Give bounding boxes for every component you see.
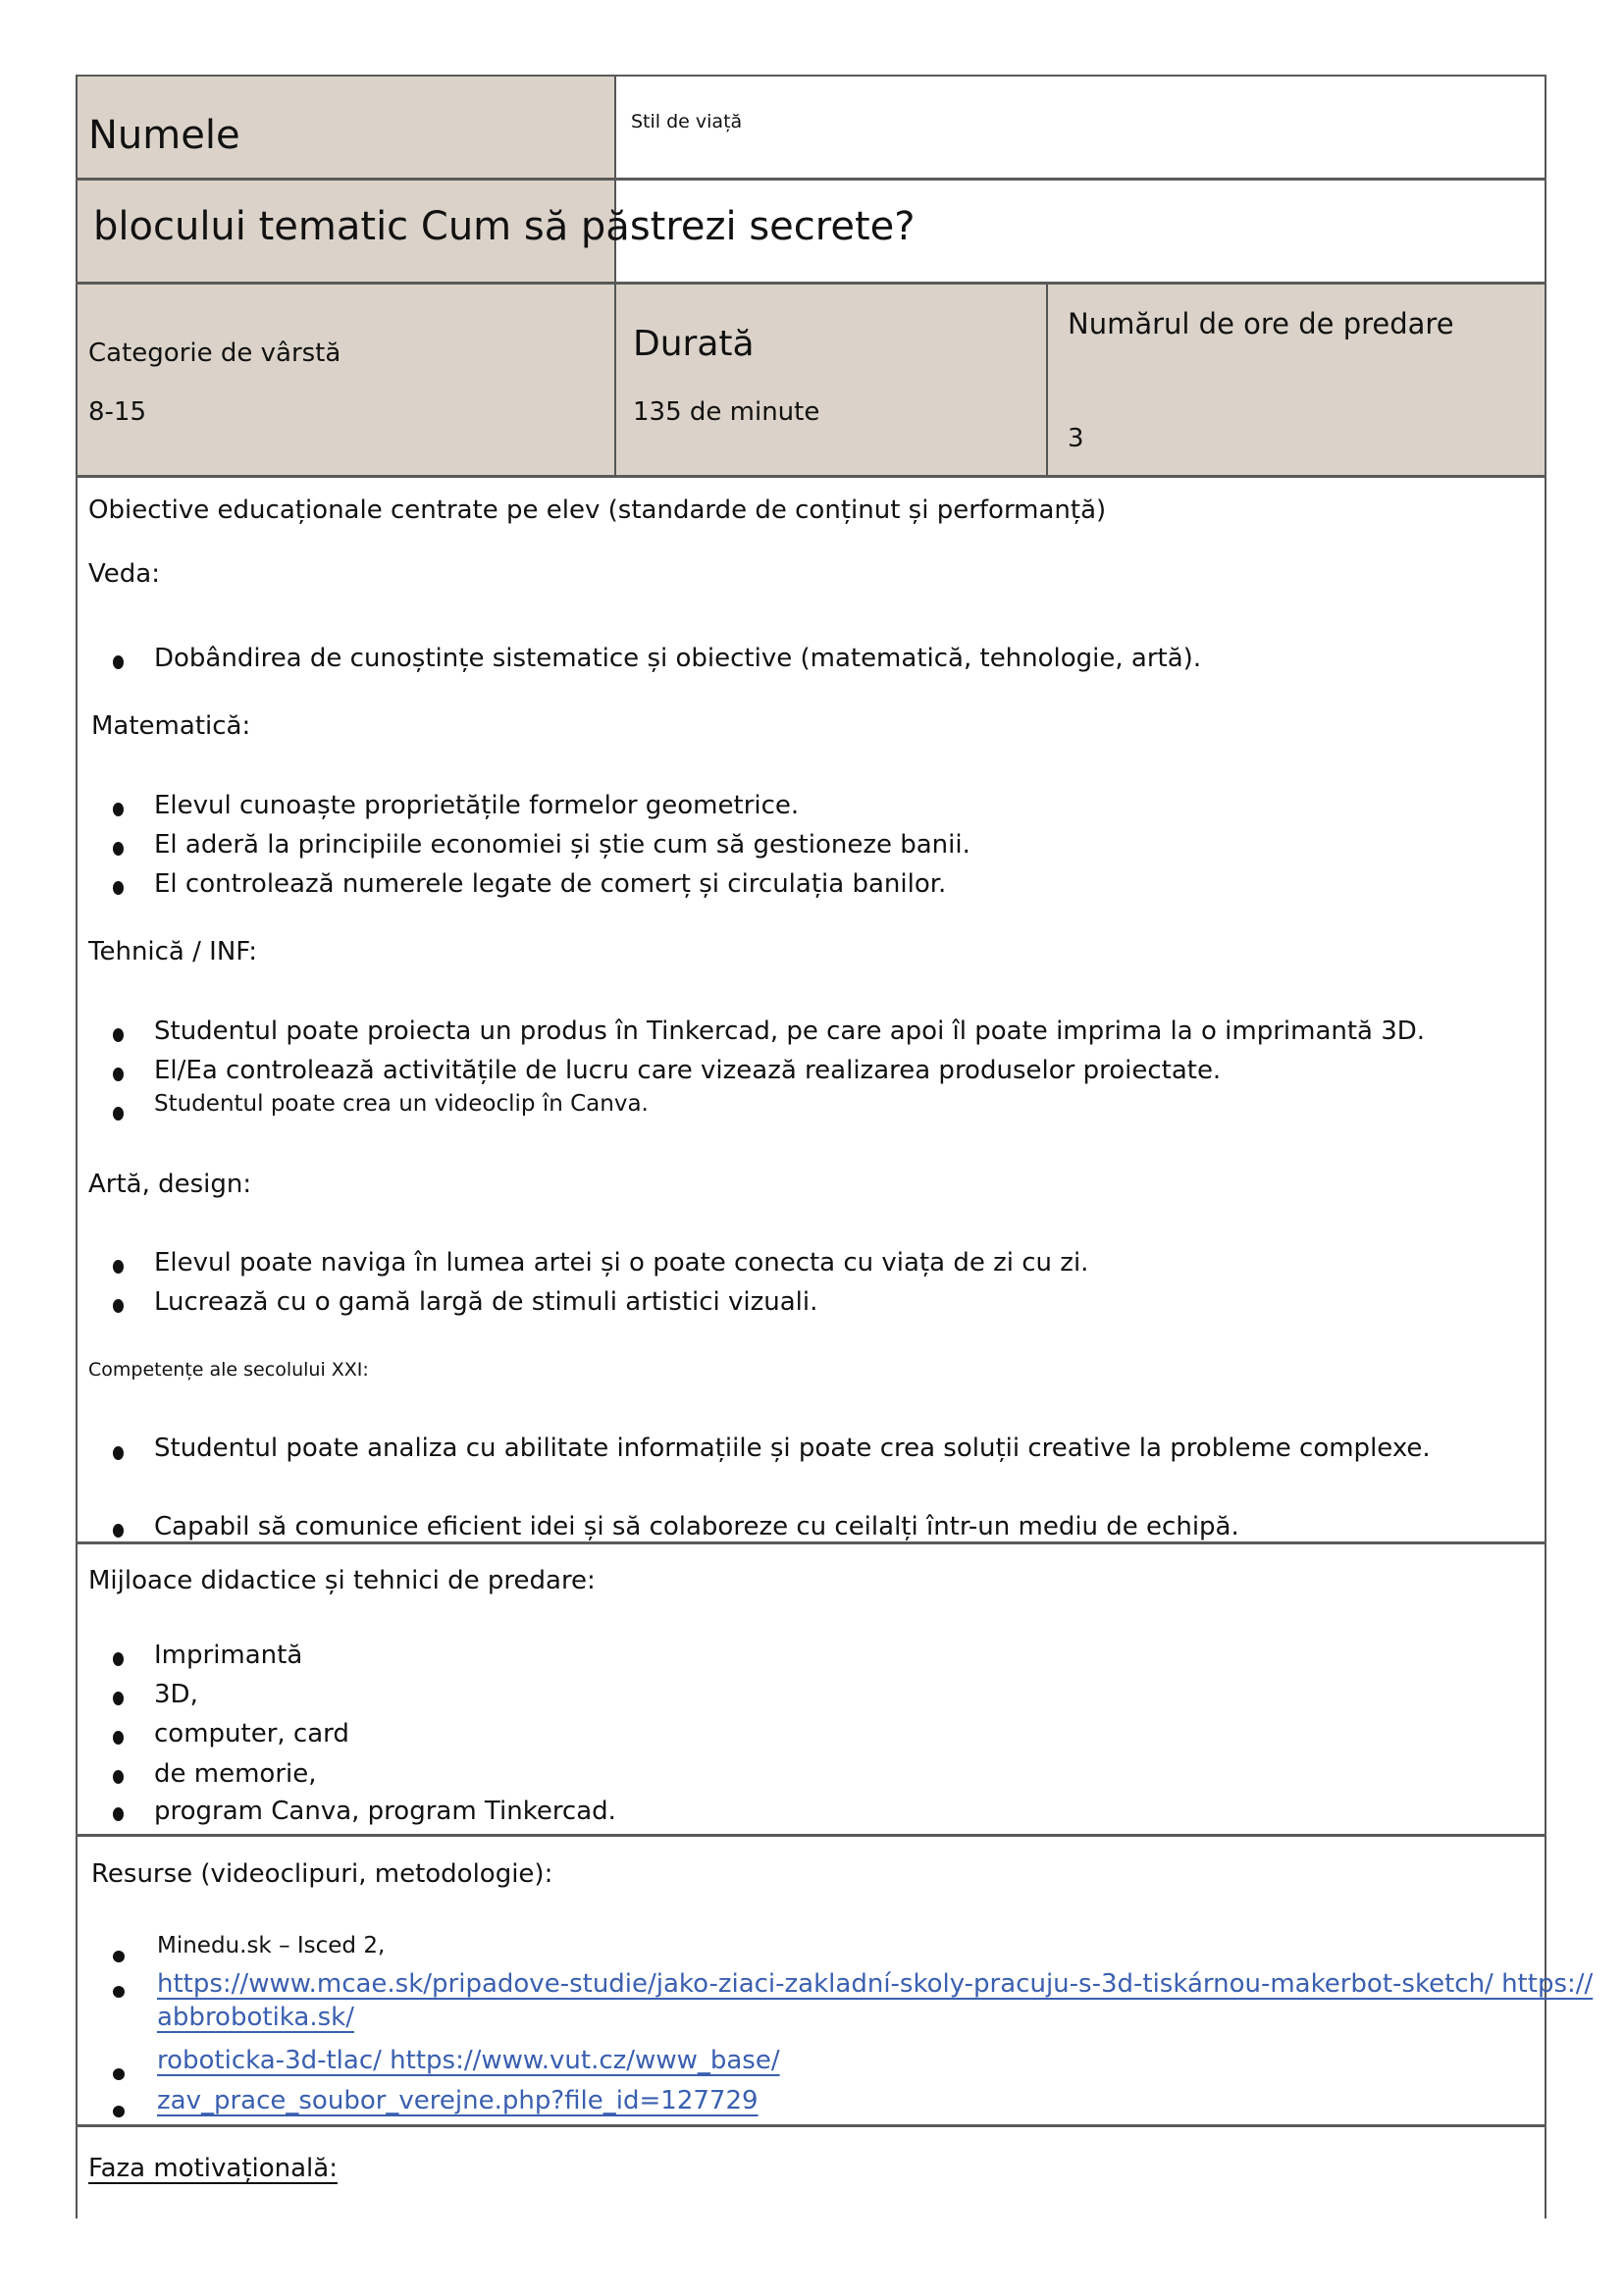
row-divider xyxy=(76,282,1546,285)
bullet-icon xyxy=(113,2068,125,2080)
duration-label: Durată xyxy=(633,324,755,364)
bullet-icon xyxy=(113,1260,124,1274)
row-divider xyxy=(76,475,1546,478)
name-label-line2: blocului tematic Cum să păstrezi secrete… xyxy=(93,204,915,249)
list-item: computer, card xyxy=(154,1719,349,1748)
list-item: Studentul poate proiecta un produs în Ti… xyxy=(154,1017,1425,1046)
list-item: Elevul poate naviga în lumea artei și o … xyxy=(154,1248,1088,1278)
table-border-left xyxy=(76,76,78,2218)
bullet-icon xyxy=(113,655,124,669)
list-item: Elevul cunoaște proprietățile formelor g… xyxy=(154,791,799,820)
resource-item: Minedu.sk – Isced 2, xyxy=(157,1933,385,1958)
age-label: Categorie de vârstă xyxy=(88,339,341,368)
list-item: 3D, xyxy=(154,1680,198,1709)
bullet-icon xyxy=(113,1692,124,1705)
bullet-icon xyxy=(113,1986,125,1998)
duration-value: 135 de minute xyxy=(633,397,819,427)
row-divider xyxy=(76,1834,1546,1837)
section-heading-math: Matematică: xyxy=(91,711,250,741)
list-item: Studentul poate analiza cu abilitate inf… xyxy=(154,1434,1431,1463)
bullet-icon xyxy=(113,1807,124,1821)
name-value: Stil de viață xyxy=(631,111,742,132)
resource-link[interactable]: roboticka-3d-tlac/ https://www.vut.cz/ww… xyxy=(157,2046,780,2075)
row-divider xyxy=(76,178,1546,181)
bullet-icon xyxy=(113,1770,124,1784)
column-divider-2 xyxy=(1046,283,1048,478)
bullet-icon xyxy=(113,803,124,816)
teaching-means-title: Mijloace didactice și tehnici de predare… xyxy=(88,1566,596,1595)
age-value: 8-15 xyxy=(88,397,146,427)
bullet-icon xyxy=(113,1446,124,1460)
motivational-phase-title: Faza motivațională: xyxy=(88,2154,338,2183)
row-divider xyxy=(76,1541,1546,1544)
name-label-line1: Numele xyxy=(88,113,240,158)
list-item: Dobândirea de cunoștințe sistematice și … xyxy=(154,644,1201,673)
bullet-icon xyxy=(113,1731,124,1745)
section-heading-veda: Veda: xyxy=(88,559,160,589)
hours-label: Numărul de ore de predare xyxy=(1068,307,1454,340)
list-item: El/Ea controlează activitățile de lucru … xyxy=(154,1056,1221,1085)
section-heading-art: Artă, design: xyxy=(88,1170,251,1199)
resources-title: Resurse (videoclipuri, metodologie): xyxy=(91,1859,552,1889)
row-divider xyxy=(76,2124,1546,2127)
list-item: Capabil să comunice eficient idei și să … xyxy=(154,1512,1239,1541)
list-item: program Canva, program Tinkercad. xyxy=(154,1797,616,1826)
list-item: de memorie, xyxy=(154,1759,317,1789)
list-item: El controlează numerele legate de comerț… xyxy=(154,869,946,899)
list-item: Imprimantă xyxy=(154,1641,302,1670)
bullet-icon xyxy=(113,1951,125,1962)
resource-link-continuation[interactable]: abbrobotika.sk/ xyxy=(157,2003,354,2032)
bullet-icon xyxy=(113,1068,124,1081)
table-border-right xyxy=(1545,76,1546,2218)
document-page: Numele Stil de viață blocului tematic Cu… xyxy=(0,0,1624,2296)
resource-link[interactable]: zav_prace_soubor_verejne.php?file_id=127… xyxy=(157,2086,759,2115)
list-item: Studentul poate crea un videoclip în Can… xyxy=(154,1091,649,1117)
bullet-icon xyxy=(113,2106,125,2117)
column-divider-1 xyxy=(614,76,616,478)
bullet-icon xyxy=(113,881,124,895)
section-heading-21st: Competențe ale secolului XXI: xyxy=(88,1359,369,1381)
resource-link[interactable]: https://www.mcae.sk/pripadove-studie/jak… xyxy=(157,1969,1593,1999)
section-heading-tech: Tehnică / INF: xyxy=(88,937,257,966)
list-item: El aderă la principiile economiei și ști… xyxy=(154,830,970,860)
hours-value: 3 xyxy=(1068,424,1084,453)
list-item: Lucrează cu o gamă largă de stimuli arti… xyxy=(154,1287,817,1317)
bullet-icon xyxy=(113,842,124,856)
bullet-icon xyxy=(113,1299,124,1313)
row-divider xyxy=(76,75,1546,77)
bullet-icon xyxy=(113,1652,124,1666)
bullet-icon xyxy=(113,1524,124,1538)
objectives-title: Obiective educaționale centrate pe elev … xyxy=(88,496,1106,525)
bullet-icon xyxy=(113,1107,124,1121)
bullet-icon xyxy=(113,1028,124,1042)
